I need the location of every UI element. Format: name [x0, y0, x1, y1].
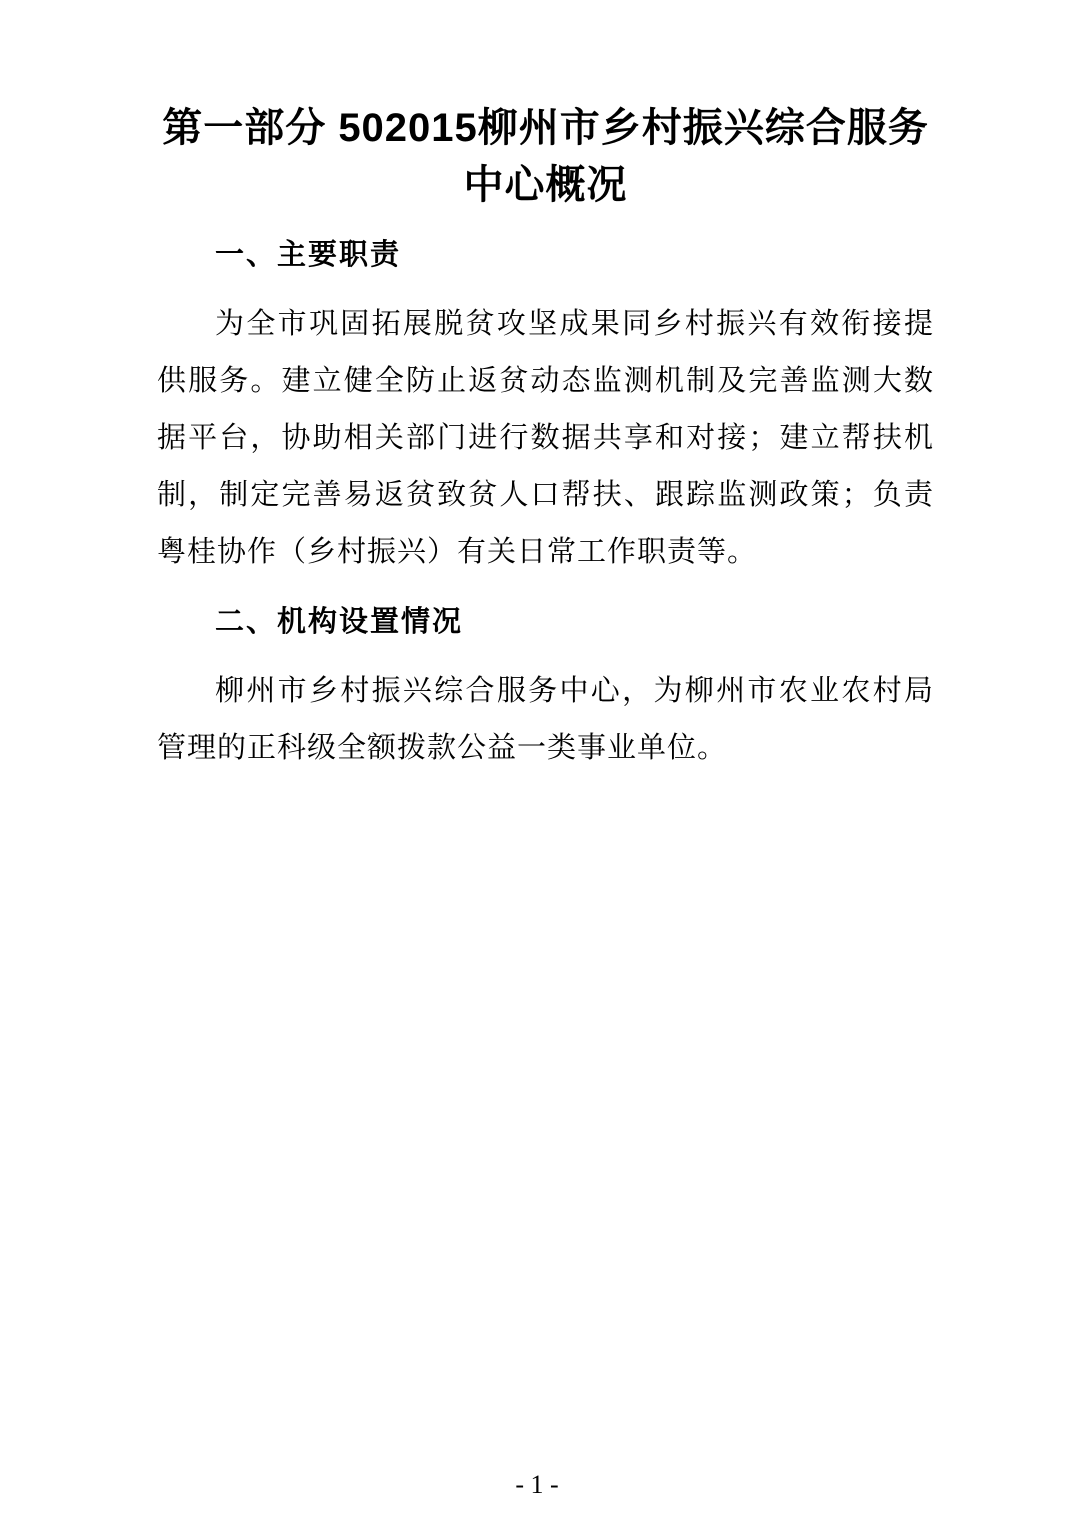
document-title-line1: 第一部分 502015柳州市乡村振兴综合服务 — [157, 100, 934, 157]
section-paragraph-organization-setup: 柳州市乡村振兴综合服务中心，为柳州市农业农村局管理的正科级全额拨款公益一类事业单… — [157, 663, 934, 777]
document-page: 第一部分 502015柳州市乡村振兴综合服务 中心概况 一、主要职责 为全市巩固… — [0, 0, 1074, 1520]
section-paragraph-main-duties: 为全市巩固拓展脱贫攻坚成果同乡村振兴有效衔接提供服务。建立健全防止返贫动态监测机… — [157, 296, 934, 581]
section-heading-main-duties: 一、主要职责 — [215, 233, 934, 277]
section-heading-organization-setup: 二、机构设置情况 — [215, 600, 934, 644]
page-number: - 1 - — [0, 1470, 1074, 1500]
document-title-line2: 中心概况 — [157, 157, 934, 214]
document-title: 第一部分 502015柳州市乡村振兴综合服务 中心概况 — [157, 100, 934, 214]
